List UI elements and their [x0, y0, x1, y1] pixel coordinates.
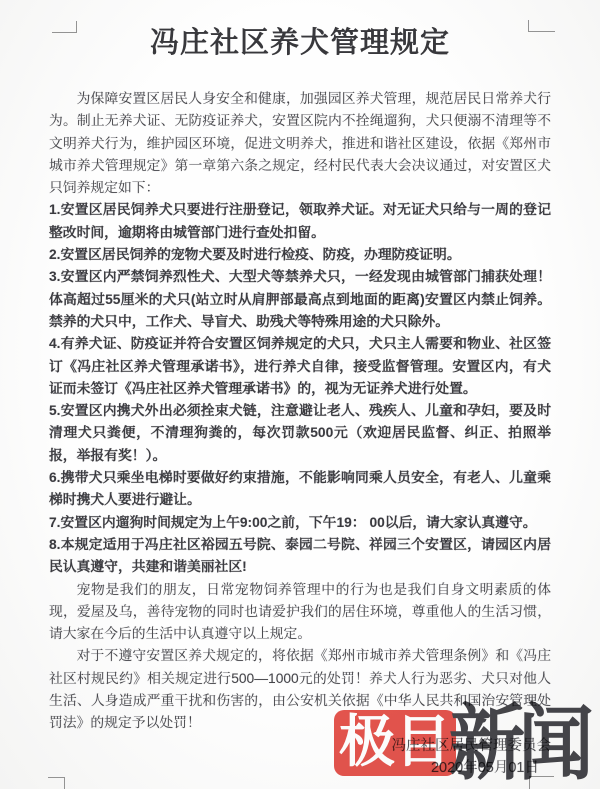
rule-item: 3.安置区内严禁饲养烈性犬、大型犬等禁养犬只，一经发现由城管部门捕获处理！体高超… — [49, 266, 551, 333]
closing-paragraph-2: 对于不遵守安置区养犬规定的，将依据《郑州市城市养犬管理条例》和《冯庄社区村规民约… — [49, 645, 551, 734]
document-page: 冯庄社区养犬管理规定 为保障安置区居民人身安全和健康，加强园区养犬管理，规范居民… — [0, 0, 600, 789]
rules-list: 1.安置区居民饲养犬只要进行注册登记，领取养犬证。对无证犬只给与一周的登记整改时… — [49, 199, 551, 578]
rule-item: 6.携带犬只乘坐电梯时要做好约束措施，不能影响同乘人员安全，有老人、儿童乘梯时携… — [49, 467, 551, 512]
rule-item: 2.安置区居民饲养的宠物犬要及时进行检疫、防疫，办理防疫证明。 — [49, 244, 551, 266]
rule-item: 4.有养犬证、防疫证并符合安置区饲养规定的犬只，犬只主人需要和物业、社区签订《冯… — [49, 333, 551, 400]
intro-paragraph: 为保障安置区居民人身安全和健康，加强园区养犬管理，规范居民日常养犬行为。制止无养… — [49, 88, 551, 199]
page-title: 冯庄社区养犬管理规定 — [0, 20, 600, 61]
document-body: 为保障安置区居民人身安全和健康，加强园区养犬管理，规范居民日常养犬行为。制止无养… — [49, 88, 551, 779]
rule-item: 1.安置区居民饲养犬只要进行注册登记，领取养犬证。对无证犬只给与一周的登记整改时… — [49, 199, 551, 244]
rule-item: 8.本规定适用于冯庄社区裕园五号院、泰园二号院、祥园三个安置区，请园区内居民认真… — [49, 534, 551, 579]
signature-line: 冯庄社区居民管理委员会 — [49, 735, 551, 757]
date-line: 2020年05月01日 — [49, 757, 551, 779]
closing-paragraph-1: 宠物是我们的朋友，日常宠物饲养管理中的行为也是我们自身文明素质的体现，爱屋及乌，… — [49, 579, 551, 646]
rule-item: 5.安置区内携犬外出必须拴束犬链，注意避让老人、残疾人、儿童和孕妇，要及时清理犬… — [49, 400, 551, 467]
rule-item: 7.安置区内遛狗时间规定为上午9:00之前，下午19： 00以后，请大家认真遵守… — [49, 512, 551, 534]
